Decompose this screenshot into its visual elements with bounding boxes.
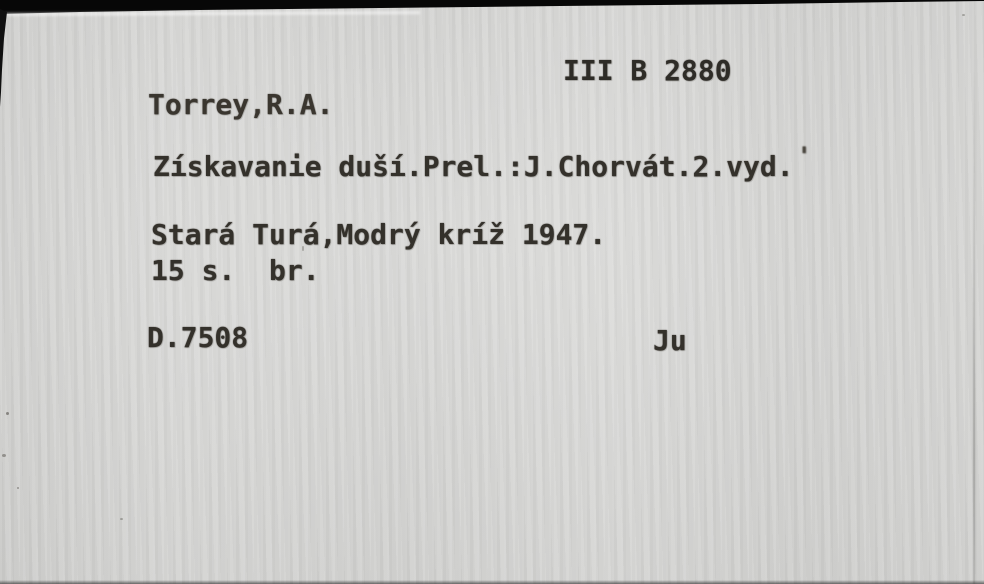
paper-speck [962,14,965,16]
paper-speck [17,487,19,489]
collation-line: 15 s. br. [151,257,320,285]
title-statement: Získavanie duší.Prel.:J.Chorvát.2.vyd. [153,153,794,181]
catalog-card: III B 2880 Torrey,R.A. Získavanie duší.P… [0,0,984,584]
call-number: III B 2880 [563,57,732,85]
card-right-edge-line [973,70,975,584]
paper-edge-highlight [0,11,420,16]
scan-bottom-edge [0,580,984,584]
accession-number: D.7508 [147,324,248,352]
stray-ink-mark: ' [797,144,811,168]
paper-speck [6,412,9,415]
paper-speck [120,518,123,520]
paper-speck [302,246,304,251]
paper-speck [2,454,6,457]
author-heading: Torrey,R.A. [148,91,333,119]
scan-left-edge [0,9,8,107]
imprint-line: Stará Turá,Modrý kríž 1947. [151,221,606,249]
cataloger-initials: Ju [653,327,687,355]
